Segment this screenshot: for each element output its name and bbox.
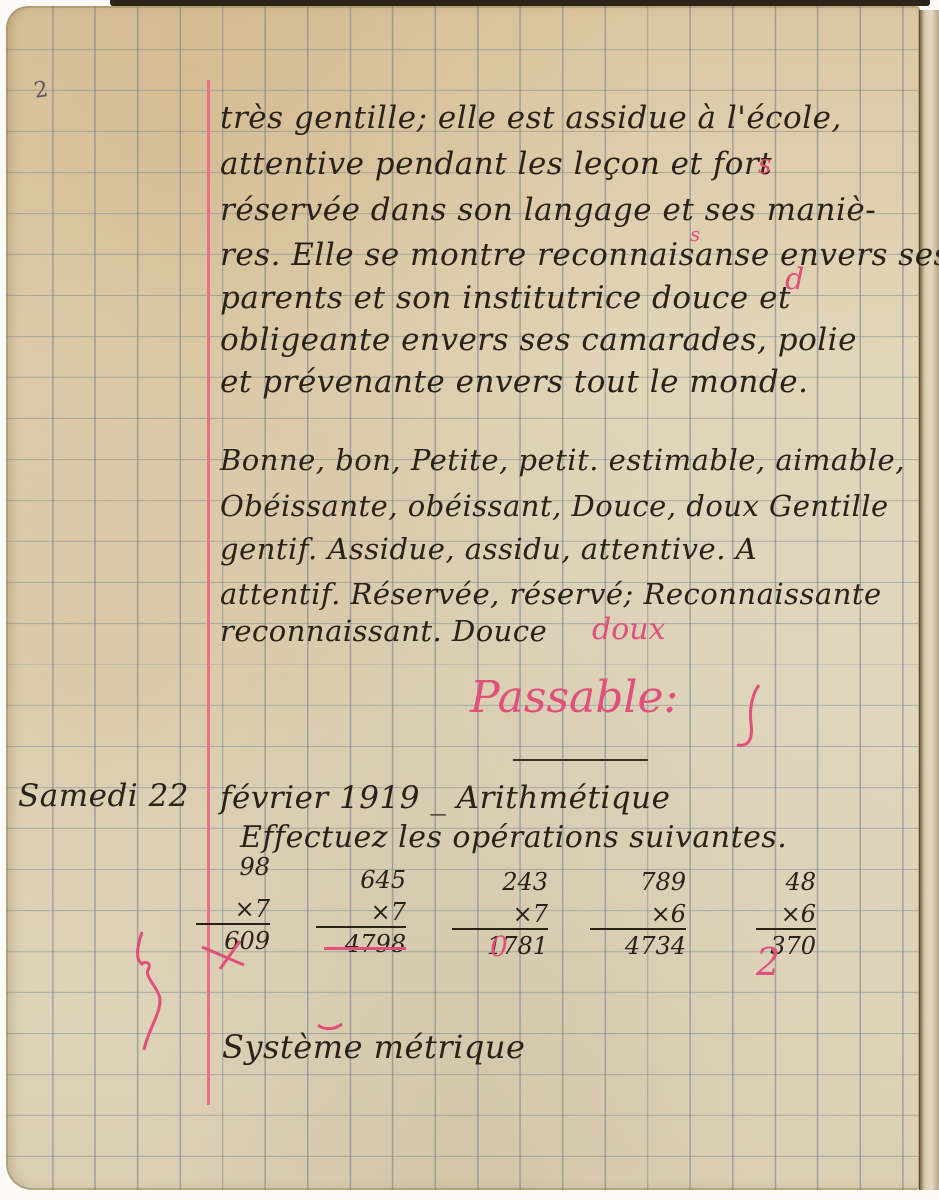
arithmetic-instruction: Effectuez les opérations suivantes. xyxy=(240,820,787,855)
vocab-line: Bonne, bon, Petite, petit. estimable, ai… xyxy=(220,443,905,477)
multiplier: ×6 xyxy=(590,902,686,930)
section-divider xyxy=(513,759,648,761)
essay-line: très gentille; elle est assidue à l'écol… xyxy=(220,100,842,136)
correction-mark: s xyxy=(758,150,771,180)
arithmetic-heading: février 1919 _ Arithmétique xyxy=(220,780,671,816)
result: 4798 xyxy=(316,932,406,956)
section-heading: Système métrique xyxy=(222,1028,525,1066)
multiplier: ×7 xyxy=(196,897,270,925)
operand: 48 xyxy=(756,870,816,894)
correction-digit: 0 xyxy=(490,930,508,963)
correction-mark: d xyxy=(785,262,804,297)
essay-line: obligeante envers ses camarades, polie xyxy=(220,322,857,358)
correction-digit: 2 xyxy=(756,940,780,984)
multiplier: ×6 xyxy=(756,902,816,930)
result: 4734 xyxy=(590,934,686,958)
operand: 243 xyxy=(452,870,548,894)
operation: 645 ×7 4798 xyxy=(316,868,406,956)
vocab-line: gentif. Assidue, assidu, attentive. A xyxy=(220,532,757,566)
margin-squiggle-mark xyxy=(130,930,170,1055)
vocab-line: attentif. Réservée, réservé; Reconnaissa… xyxy=(220,577,882,611)
grade-mark-squiggle xyxy=(735,683,775,753)
multiplier: ×7 xyxy=(316,900,406,928)
essay-line: res. Elle se montre reconnaisanse envers… xyxy=(220,237,939,273)
cross-out-mark xyxy=(200,935,250,975)
operand: 789 xyxy=(590,870,686,894)
vocab-red-correction: doux xyxy=(592,612,666,647)
vocab-line: Obéissante, obéissant, Douce, doux Genti… xyxy=(220,489,889,523)
operand: 98 xyxy=(196,855,270,879)
correction-mark: s xyxy=(690,222,700,246)
grade-label: Passable: xyxy=(470,672,678,723)
operand: 645 xyxy=(316,868,406,892)
operation: 789 ×6 4734 xyxy=(590,870,686,958)
multiplier: ×7 xyxy=(452,902,548,930)
notebook-scan: 2 très gentille; elle est assidue à l'éc… xyxy=(0,0,939,1200)
notebook-binding xyxy=(919,10,939,1190)
essay-line: réservée dans son langage et ses maniè- xyxy=(220,192,876,228)
essay-line: et prévenante envers tout le monde. xyxy=(220,364,808,400)
strike-through-mark xyxy=(324,947,406,950)
date-day: Samedi 22 xyxy=(18,778,189,814)
essay-line: parents et son institutrice douce et xyxy=(220,280,791,316)
essay-line: attentive pendant les leçon et fort xyxy=(220,146,772,182)
vocab-line: reconnaissant. Douce xyxy=(220,614,547,648)
